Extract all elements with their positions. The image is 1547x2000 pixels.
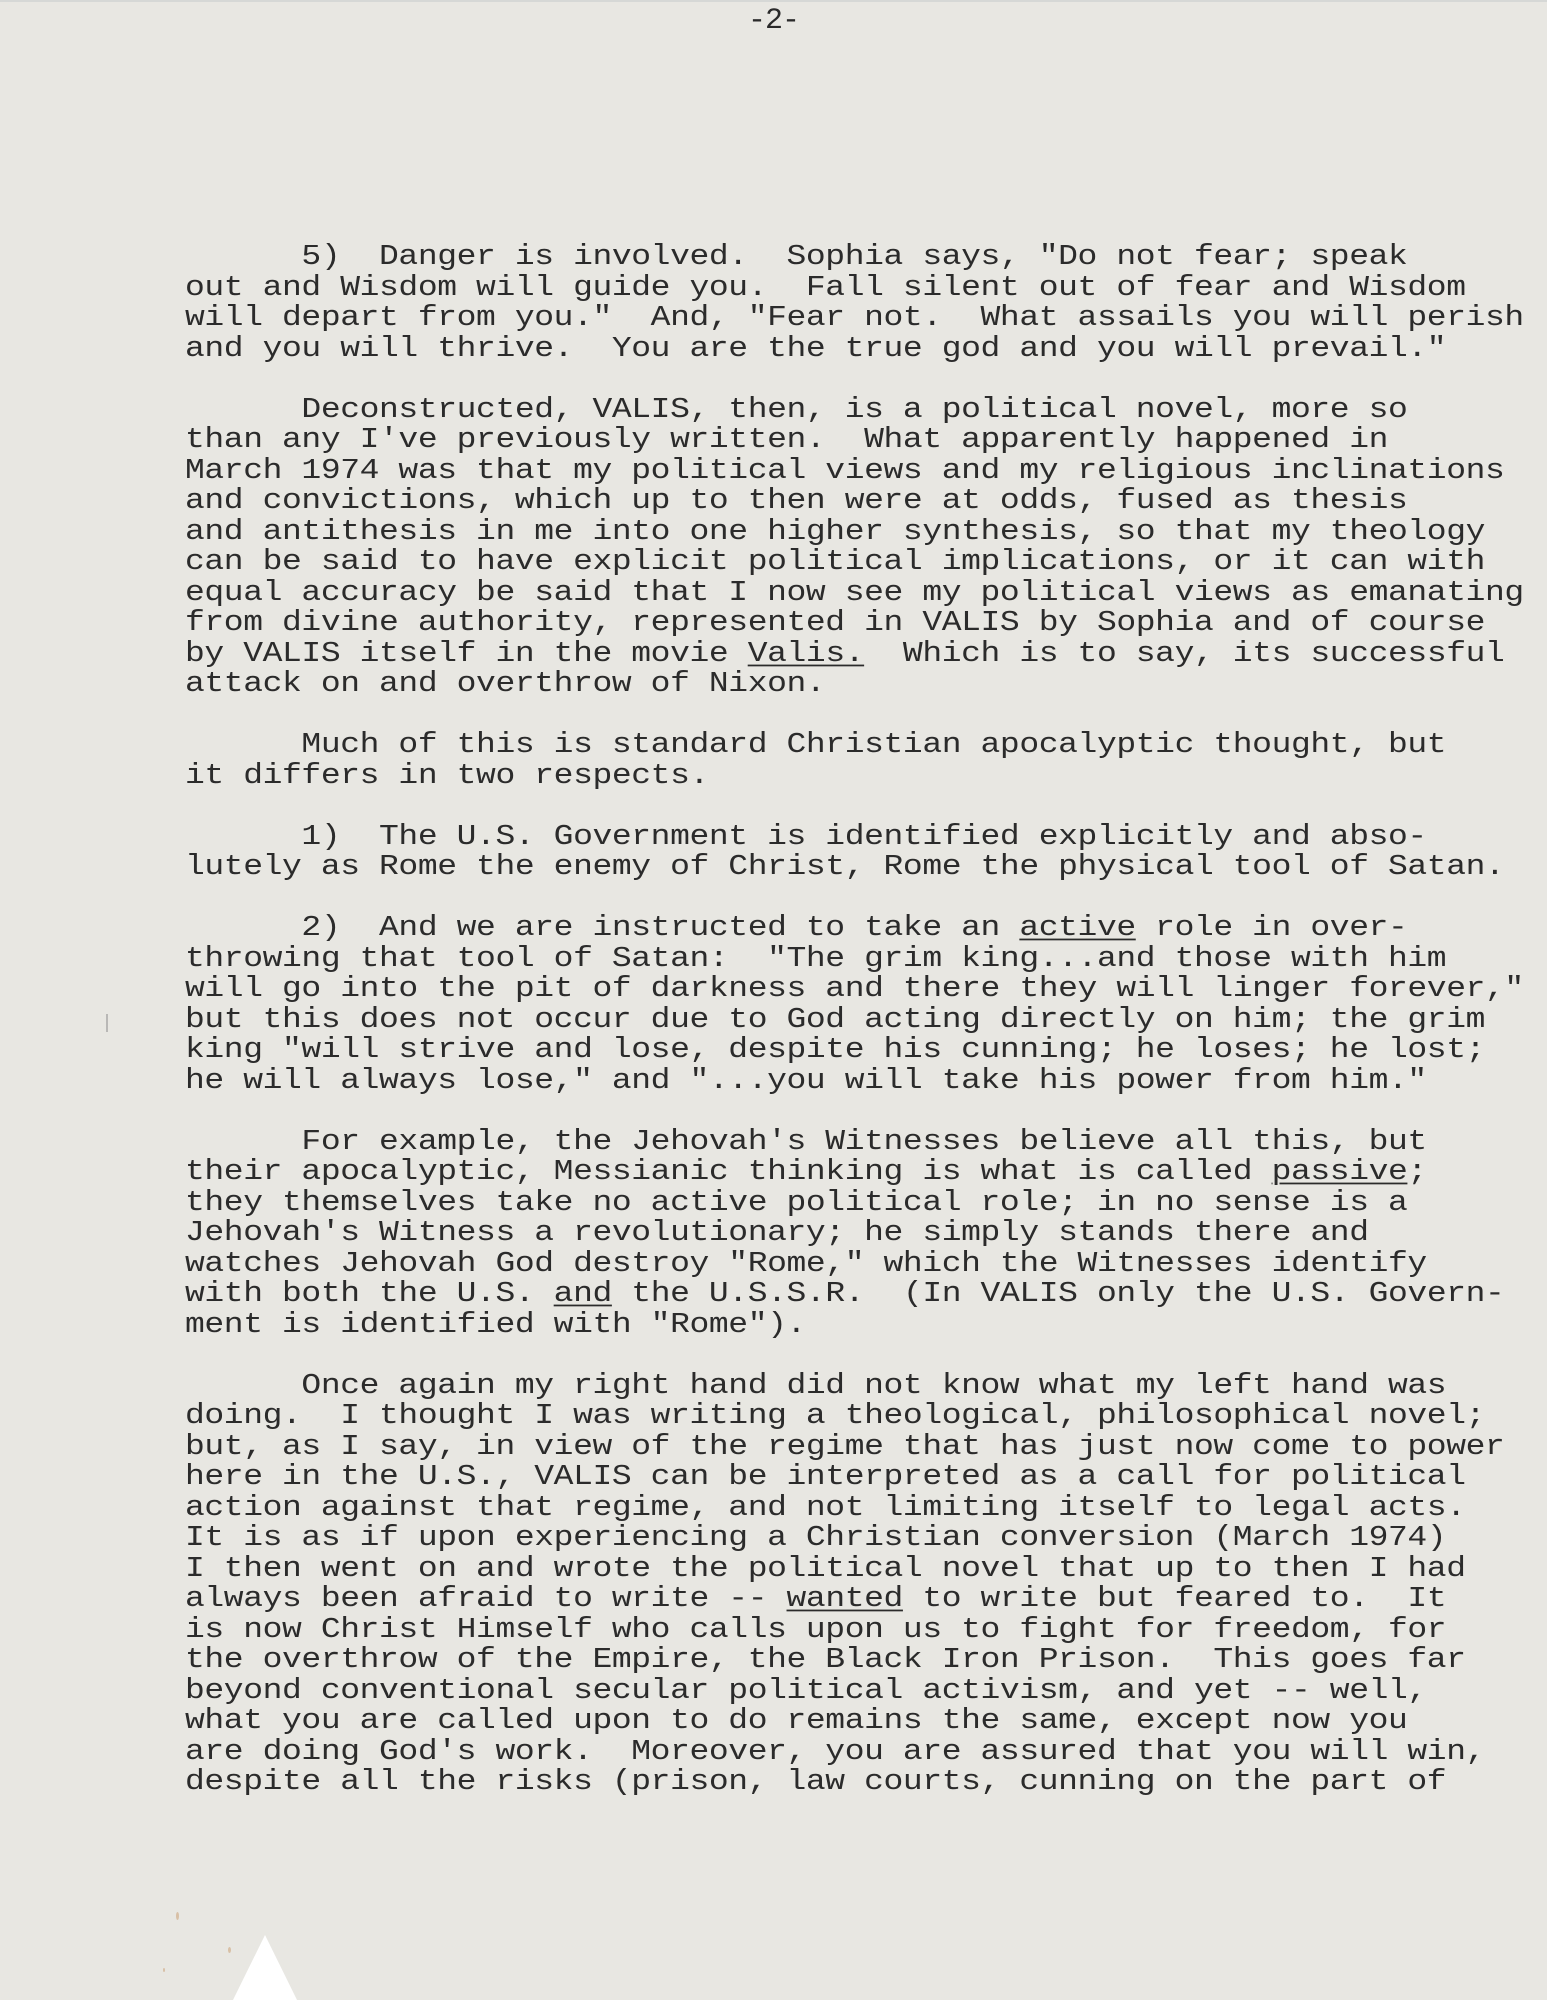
text-line: and you will thrive. You are the true go… [185,335,1505,362]
underlined-emphasis: Valis. [748,637,864,670]
text-line: Jehovah's Witness a revolutionary; he si… [185,1220,1505,1247]
text-run: with both the U.S. [185,1277,554,1310]
text-line: is now Christ Himself who calls upon us … [185,1616,1505,1643]
text-line: watches Jehovah God destroy "Rome," whic… [185,1250,1505,1277]
text-line: 5) Danger is involved. Sophia says, "Do … [185,244,1505,271]
text-line: Much of this is standard Christian apoca… [185,732,1505,759]
text-line: 1) The U.S. Government is identified exp… [185,823,1505,850]
text-line: what you are called upon to do remains t… [185,1708,1505,1735]
text-line: lutely as Rome the enemy of Christ, Rome… [185,854,1505,881]
text-line: It is as if upon experiencing a Christia… [185,1525,1505,1552]
text-line: despite all the risks (prison, law court… [185,1769,1505,1796]
text-line: ment is identified with "Rome"). [185,1311,1505,1338]
text-run: role in over- [1136,911,1408,944]
margin-pencil-mark [106,1014,108,1032]
text-line: and antithesis in me into one higher syn… [185,518,1505,545]
text-run: Which is to say, its successful [864,637,1504,670]
text-run: 2) And we are instructed to take an [185,911,1019,944]
text-line: out and Wisdom will guide you. Fall sile… [185,274,1505,301]
text-line: from divine authority, represented in VA… [185,610,1505,637]
document-body: 5) Danger is involved. Sophia says, "Do … [185,242,1505,1828]
underlined-emphasis: and [554,1277,612,1310]
paragraph: Deconstructed, VALIS, then, is a politic… [185,395,1505,700]
text-line: beyond conventional secular political ac… [185,1677,1505,1704]
underlined-emphasis: wanted [787,1582,903,1615]
paragraph: For example, the Jehovah's Witnesses bel… [185,1127,1505,1341]
text-line: but, as I say, in view of the regime tha… [185,1433,1505,1460]
paper-notch [232,1935,298,2000]
text-line: here in the U.S., VALIS can be interpret… [185,1464,1505,1491]
paragraph: 5) Danger is involved. Sophia says, "Do … [185,242,1505,364]
paper-stain [176,1912,179,1920]
text-line: equal accuracy be said that I now see my… [185,579,1505,606]
text-run: the U.S.S.R. (In VALIS only the U.S. Gov… [612,1277,1505,1310]
text-line: I then went on and wrote the political n… [185,1555,1505,1582]
text-line: action against that regime, and not limi… [185,1494,1505,1521]
page-number: -2- [0,4,1547,38]
text-line: than any I've previously written. What a… [185,427,1505,454]
text-line: but this does not occur due to God actin… [185,1006,1505,1033]
text-line: are doing God's work. Moreover, you are … [185,1738,1505,1765]
text-line: attack on and overthrow of Nixon. [185,671,1505,698]
paragraph: Once again my right hand did not know wh… [185,1371,1505,1798]
paragraph: Much of this is standard Christian apoca… [185,730,1505,791]
paper-stain [228,1947,231,1953]
text-line: their apocalyptic, Messianic thinking is… [185,1159,1505,1186]
text-run: always been afraid to write -- [185,1582,787,1615]
text-line: doing. I thought I was writing a theolog… [185,1403,1505,1430]
text-line: the overthrow of the Empire, the Black I… [185,1647,1505,1674]
text-line: can be said to have explicit political i… [185,549,1505,576]
text-line: king "will strive and lose, despite his … [185,1037,1505,1064]
text-line: throwing that tool of Satan: "The grim k… [185,945,1505,972]
paragraph: 2) And we are instructed to take an acti… [185,913,1505,1096]
text-line: with both the U.S. and the U.S.S.R. (In … [185,1281,1505,1308]
paper-stain [163,1968,165,1972]
text-run: to write but feared to. It [903,1582,1446,1615]
text-line: March 1974 was that my political views a… [185,457,1505,484]
text-run: their apocalyptic, Messianic thinking is… [185,1155,1272,1188]
text-line: will go into the pit of darkness and the… [185,976,1505,1003]
text-line: Once again my right hand did not know wh… [185,1372,1505,1399]
text-line: 2) And we are instructed to take an acti… [185,915,1505,942]
text-line: it differs in two respects. [185,762,1505,789]
text-line: Deconstructed, VALIS, then, is a politic… [185,396,1505,423]
text-line: and convictions, which up to then were a… [185,488,1505,515]
text-run: ; [1407,1155,1426,1188]
underlined-emphasis: passive [1272,1155,1408,1188]
text-line: he will always lose," and "...you will t… [185,1067,1505,1094]
text-line: always been afraid to write -- wanted to… [185,1586,1505,1613]
typewritten-page: -2- 5) Danger is involved. Sophia says, … [0,0,1547,2000]
underlined-emphasis: active [1019,911,1135,944]
text-run: by VALIS itself in the movie [185,637,748,670]
text-line: For example, the Jehovah's Witnesses bel… [185,1128,1505,1155]
text-line: will depart from you." And, "Fear not. W… [185,305,1505,332]
text-line: they themselves take no active political… [185,1189,1505,1216]
text-line: by VALIS itself in the movie Valis. Whic… [185,640,1505,667]
paragraph: 1) The U.S. Government is identified exp… [185,822,1505,883]
